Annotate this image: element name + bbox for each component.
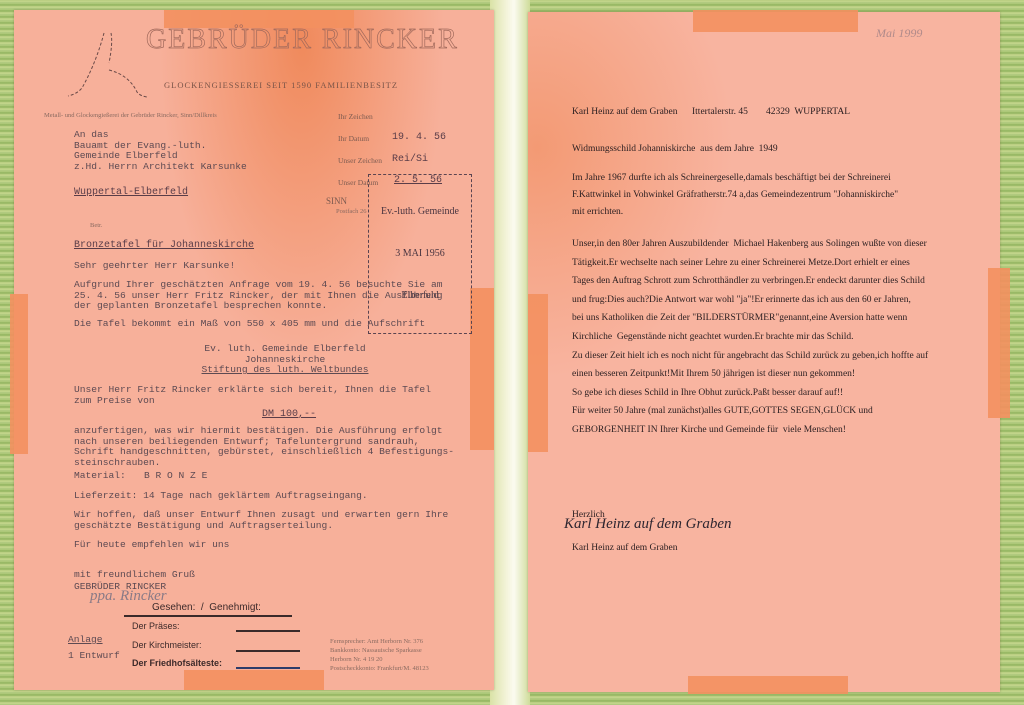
bell-logo-icon [59, 25, 159, 105]
letter-subject: Bronzetafel für Johanneskirche [74, 240, 254, 251]
letter-subject: Widmungsschild Johanniskirche aus dem Ja… [572, 143, 778, 155]
closing-line-2: mit freundlichem Gruß [74, 570, 195, 581]
approval-friedhof: Der Friedhofsälteste: [132, 658, 222, 668]
tape-strip [988, 268, 1010, 418]
sender-line: Metall- und Glockengießerei der Gebrüder… [44, 112, 217, 119]
ihr-zeichen-label: Ihr Zeichen [338, 112, 373, 121]
sender-city: 42329 WUPPERTAL [766, 106, 850, 118]
inscription-text: Ev. luth. Gemeinde ElberfeldJohanneskirc… [190, 344, 380, 376]
typed-name: Karl Heinz auf dem Graben [572, 542, 678, 554]
paragraph-4: anzufertigen, was wir hiermit bestätigen… [74, 426, 454, 468]
sender-street: Ittertalerstr. 45 [692, 106, 748, 118]
approval-kirchmeister: Der Kirchmeister: [132, 640, 202, 650]
company-name: GEBRÜDER RINCKER [146, 24, 459, 56]
attachment-label: Anlage [68, 635, 103, 646]
paragraph-2: Die Tafel bekommt ein Maß von 550 x 405 … [74, 319, 425, 330]
approval-praeses: Der Präses: [132, 621, 180, 631]
paragraph-5: Wir hoffen, daß unser Entwurf Ihnen zusa… [74, 510, 448, 531]
material-value: B R O N Z E [144, 471, 207, 482]
signature-line [236, 667, 300, 669]
divider [124, 615, 292, 617]
unser-zeichen-value: Rei/Si [392, 154, 428, 165]
tape-strip [184, 670, 324, 690]
left-letter-sheet: GEBRÜDER RINCKER GLOCKENGIESSEREI SEIT 1… [14, 10, 494, 690]
sinn-logo: SINN [326, 196, 347, 206]
tape-strip [470, 288, 494, 450]
material-label: Material: [74, 471, 126, 482]
bank-footer: Fernsprecher: Amt Herborn Nr. 376 Bankko… [330, 637, 429, 673]
signature-line [236, 650, 300, 652]
pencil-date-note: Mai 1999 [876, 26, 922, 41]
tape-strip [693, 10, 858, 32]
recipient-city: Wuppertal-Elberfeld [74, 187, 188, 198]
ihr-datum-value: 19. 4. 56 [392, 132, 446, 143]
salutation: Sehr geehrter Herr Karsunke! [74, 261, 235, 272]
letter-body-2: Unser,in den 80er Jahren Auszubildender … [572, 235, 928, 440]
letter-body: Im Jahre 1967 durfte ich als Schreinerge… [572, 170, 898, 221]
recipient-address: An das Bauamt der Evang.-luth. Gemeinde … [74, 130, 247, 172]
paragraph-1: Aufgrund Ihrer geschätzten Anfrage vom 1… [74, 280, 442, 312]
handwritten-signature: Karl Heinz auf dem Graben [564, 516, 732, 533]
approval-header: Gesehen: / Genehmigt: [152, 602, 261, 613]
delivery-time: Lieferzeit: 14 Tage nach geklärtem Auftr… [74, 491, 368, 502]
sender-name: Karl Heinz auf dem Graben [572, 106, 678, 118]
postfach-label: Postfach 26 [336, 208, 367, 215]
closing-line-1: Für heute empfehlen wir uns [74, 540, 229, 551]
signature-line [236, 630, 300, 632]
tape-strip [10, 294, 28, 454]
board-gap [490, 0, 530, 705]
tape-strip [528, 294, 548, 452]
unser-zeichen-label: Unser Zeichen [338, 156, 382, 165]
tape-strip [688, 676, 848, 694]
paragraph-3: Unser Herr Fritz Rincker erklärte sich b… [74, 385, 431, 406]
price: DM 100,-- [262, 409, 316, 420]
company-tagline: GLOCKENGIESSEREI SEIT 1590 FAMILIENBESIT… [164, 80, 398, 90]
right-letter-sheet: Mai 1999 Karl Heinz auf dem Graben Itter… [528, 12, 1000, 692]
attachment-value: 1 Entwurf [68, 651, 120, 662]
ihr-datum-label: Ihr Datum [338, 134, 369, 143]
subject-label: Betr. [90, 222, 102, 229]
